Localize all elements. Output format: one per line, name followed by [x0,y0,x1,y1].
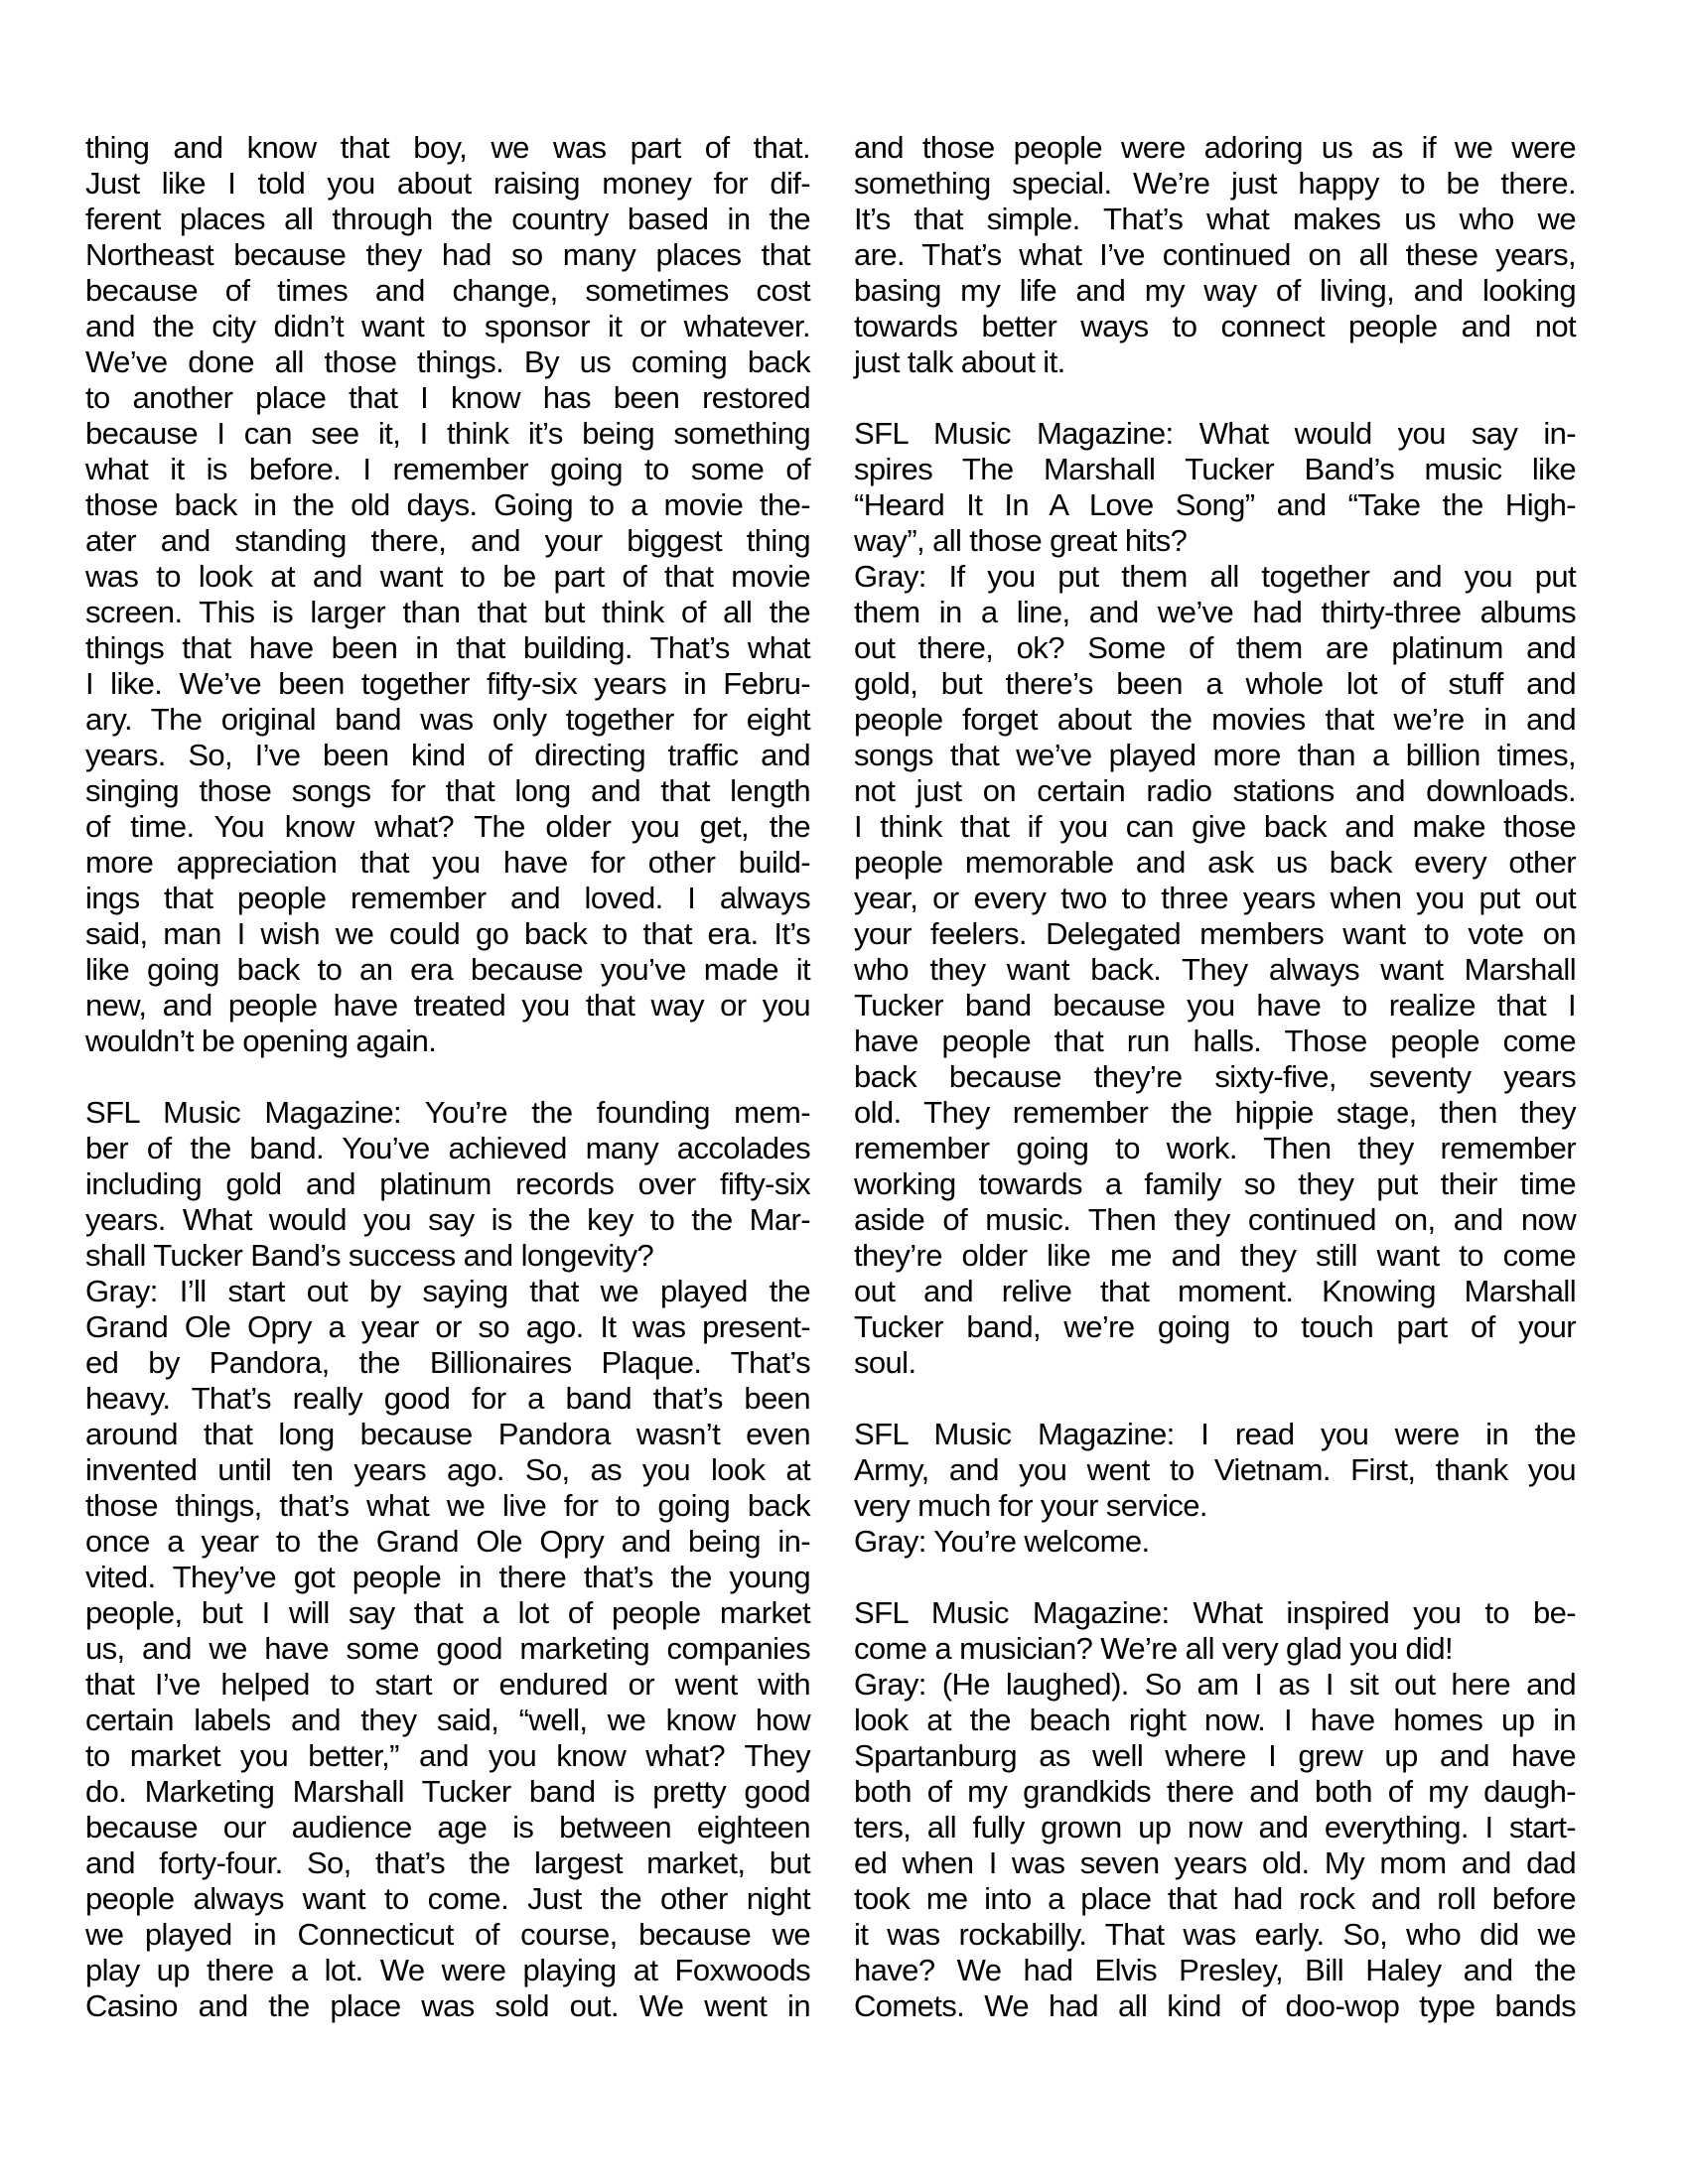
text-line: we played in Connecticut of course, beca… [85,1917,810,1953]
text-line: because our audience age is between eigh… [85,1810,810,1845]
text-line: SFL Music Magazine: You’re the founding … [85,1095,810,1131]
text-line: gold, but there’s been a whole lot of st… [854,666,1576,702]
text-line: new, and people have treated you that wa… [85,988,810,1024]
text-line: things that have been in that building. … [85,630,810,666]
text-line: years. What would you say is the key to … [85,1202,810,1238]
text-line: Northeast because they had so many place… [85,237,810,273]
text-line: heavy. That’s really good for a band tha… [85,1381,810,1417]
text-line: ed when I was seven years old. My mom an… [854,1845,1576,1881]
question-paragraph: SFL Music Magazine: You’re the founding … [85,1095,810,1274]
text-line: shall Tucker Band’s success and longevit… [85,1238,810,1274]
text-line: spires The Marshall Tucker Band’s music … [854,452,1576,487]
text-line: people memorable and ask us back every o… [854,845,1576,881]
text-line: took me into a place that had rock and r… [854,1881,1576,1917]
text-line: Spartanburg as well where I grew up and … [854,1738,1576,1774]
paragraph-spacer [85,1059,810,1095]
magazine-page: thing and know that boy, we was part of … [0,0,1688,2184]
text-line: ed by Pandora, the Billionaires Plaque. … [85,1345,810,1381]
text-line: not just on certain radio stations and d… [854,773,1576,809]
text-line: people, but I will say that a lot of peo… [85,1595,810,1631]
text-line: have? We had Elvis Presley, Bill Haley a… [854,1953,1576,1988]
paragraph-spacer [854,1560,1576,1595]
text-line: including gold and platinum records over… [85,1166,810,1202]
text-line: basing my life and my way of living, and… [854,273,1576,309]
text-line: Casino and the place was sold out. We we… [85,1988,810,2024]
text-line: once a year to the Grand Ole Opry and be… [85,1524,810,1560]
text-line: singing those songs for that long and th… [85,773,810,809]
text-line: invented until ten years ago. So, as you… [85,1452,810,1488]
answer-paragraph: Gray: If you put them all together and y… [854,559,1576,1381]
text-line: Gray: I’ll start out by saying that we p… [85,1274,810,1309]
text-line: working towards a family so they put the… [854,1166,1576,1202]
paragraph-spacer [854,1381,1576,1417]
text-line: do. Marketing Marshall Tucker band is pr… [85,1774,810,1810]
text-line: and forty-four. So, that’s the largest m… [85,1845,810,1881]
text-line: that I’ve helped to start or endured or … [85,1667,810,1703]
paragraph-spacer [854,380,1576,416]
text-line: to market you better,” and you know what… [85,1738,810,1774]
text-line: around that long because Pandora wasn’t … [85,1417,810,1452]
text-line: Gray: If you put them all together and y… [854,559,1576,595]
text-line: because of times and change, sometimes c… [85,273,810,309]
text-line: ters, all fully grown up now and everyth… [854,1810,1576,1845]
text-line: was to look at and want to be part of th… [85,559,810,595]
text-line: more appreciation that you have for othe… [85,845,810,881]
text-line: I like. We’ve been together fifty-six ye… [85,666,810,702]
text-line: old. They remember the hippie stage, the… [854,1095,1576,1131]
text-line: have people that run halls. Those people… [854,1024,1576,1059]
text-line: thing and know that boy, we was part of … [85,130,810,166]
text-line: ings that people remember and loved. I a… [85,881,810,916]
text-line: We’ve done all those things. By us comin… [85,344,810,380]
text-line: SFL Music Magazine: What would you say i… [854,416,1576,452]
text-line: people always want to come. Just the oth… [85,1881,810,1917]
answer-paragraph: Gray: I’ll start out by saying that we p… [85,1274,810,2024]
text-line: what it is before. I remember going to s… [85,452,810,487]
text-line: certain labels and they said, “well, we … [85,1703,810,1738]
text-line: said, man I wish we could go back to tha… [85,916,810,952]
text-line: towards better ways to connect people an… [854,309,1576,344]
text-line: It’s that simple. That’s what makes us w… [854,202,1576,237]
text-line: back because they’re sixty-five, seventy… [854,1059,1576,1095]
text-line: “Heard It In A Love Song” and “Take the … [854,487,1576,523]
text-line: Comets. We had all kind of doo-wop type … [854,1988,1576,2024]
left-text-column: thing and know that boy, we was part of … [85,130,810,2024]
question-paragraph: SFL Music Magazine: I read you were in t… [854,1417,1576,1524]
text-line: of time. You know what? The older you ge… [85,809,810,845]
answer-paragraph: thing and know that boy, we was part of … [85,130,810,1059]
text-line: are. That’s what I’ve continued on all t… [854,237,1576,273]
text-line: soul. [854,1345,1576,1381]
text-line: look at the beach right now. I have home… [854,1703,1576,1738]
text-line: Tucker band because you have to realize … [854,988,1576,1024]
text-line: your feelers. Delegated members want to … [854,916,1576,952]
right-text-column: and those people were adoring us as if w… [854,130,1576,2024]
text-line: those things, that’s what we live for to… [85,1488,810,1524]
text-line: they’re older like me and they still wan… [854,1238,1576,1274]
text-line: to another place that I know has been re… [85,380,810,416]
answer-paragraph: Gray: (He laughed). So am I as I sit out… [854,1667,1576,2024]
text-line: ber of the band. You’ve achieved many ac… [85,1131,810,1166]
question-paragraph: SFL Music Magazine: What would you say i… [854,416,1576,559]
text-line: aside of music. Then they continued on, … [854,1202,1576,1238]
text-line: songs that we’ve played more than a bill… [854,738,1576,773]
question-paragraph: SFL Music Magazine: What inspired you to… [854,1595,1576,1667]
text-line: remember going to work. Then they rememb… [854,1131,1576,1166]
text-line: just talk about it. [854,344,1576,380]
text-line: Gray: (He laughed). So am I as I sit out… [854,1667,1576,1703]
text-line: SFL Music Magazine: What inspired you to… [854,1595,1576,1631]
text-line: out there, ok? Some of them are platinum… [854,630,1576,666]
text-line: and those people were adoring us as if w… [854,130,1576,166]
text-line: it was rockabilly. That was early. So, w… [854,1917,1576,1953]
text-line: SFL Music Magazine: I read you were in t… [854,1417,1576,1452]
text-line: who they want back. They always want Mar… [854,952,1576,988]
text-line: out and relive that moment. Knowing Mars… [854,1274,1576,1309]
text-line: play up there a lot. We were playing at … [85,1953,810,1988]
text-line: people forget about the movies that we’r… [854,702,1576,738]
text-line: screen. This is larger than that but thi… [85,595,810,630]
text-line: Tucker band, we’re going to touch part o… [854,1309,1576,1345]
text-line: something special. We’re just happy to b… [854,166,1576,202]
answer-paragraph: Gray: You’re welcome. [854,1524,1576,1560]
text-line: and the city didn’t want to sponsor it o… [85,309,810,344]
text-line: Just like I told you about raising money… [85,166,810,202]
text-line: because I can see it, I think it’s being… [85,416,810,452]
text-line: I think that if you can give back and ma… [854,809,1576,845]
text-line: those back in the old days. Going to a m… [85,487,810,523]
text-line: Army, and you went to Vietnam. First, th… [854,1452,1576,1488]
text-line: years. So, I’ve been kind of directing t… [85,738,810,773]
text-line: ater and standing there, and your bigges… [85,523,810,559]
text-line: them in a line, and we’ve had thirty-thr… [854,595,1576,630]
text-line: like going back to an era because you’ve… [85,952,810,988]
text-line: Grand Ole Opry a year or so ago. It was … [85,1309,810,1345]
text-line: come a musician? We’re all very glad you… [854,1631,1576,1667]
answer-paragraph: and those people were adoring us as if w… [854,130,1576,380]
text-line: wouldn’t be opening again. [85,1024,810,1059]
text-line: vited. They’ve got people in there that’… [85,1560,810,1595]
text-line: both of my grandkids there and both of m… [854,1774,1576,1810]
text-line: year, or every two to three years when y… [854,881,1576,916]
text-line: Gray: You’re welcome. [854,1524,1576,1560]
text-line: very much for your service. [854,1488,1576,1524]
text-line: ary. The original band was only together… [85,702,810,738]
text-line: ferent places all through the country ba… [85,202,810,237]
text-line: us, and we have some good marketing comp… [85,1631,810,1667]
text-line: way”, all those great hits? [854,523,1576,559]
